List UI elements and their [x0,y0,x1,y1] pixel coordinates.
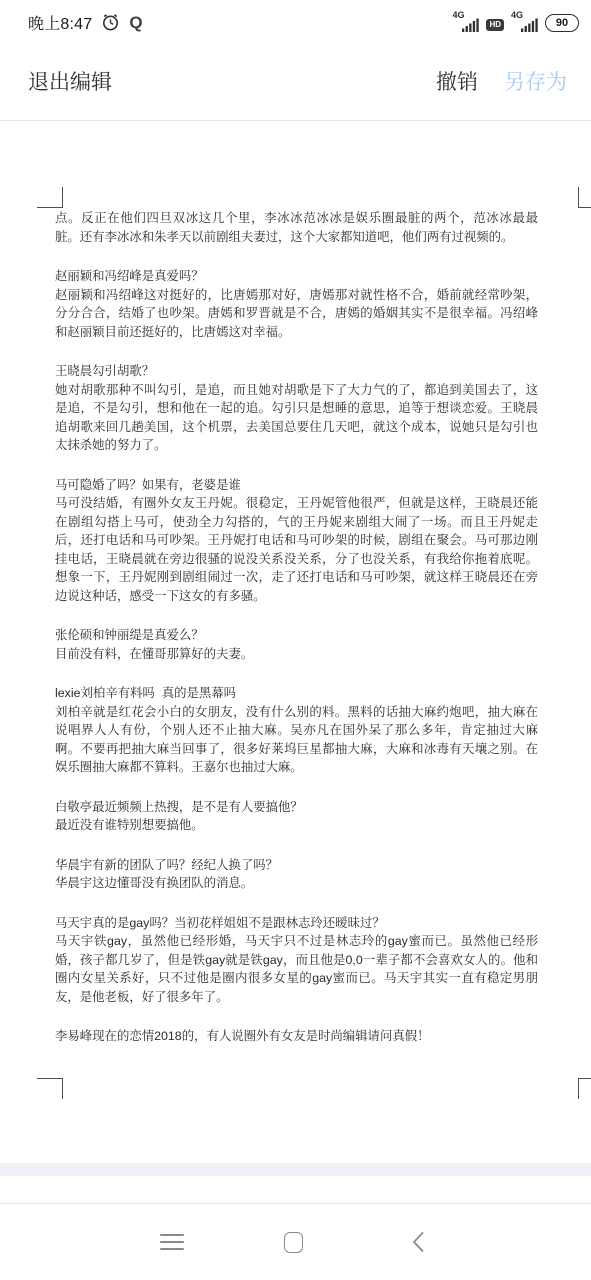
page-gap-strip [0,1163,591,1176]
sim1-signal-icon: 4G [452,11,479,33]
q-app-icon: Q [129,14,142,31]
text-boundary-mark-top-right [578,187,591,208]
text-boundary-mark-top-left [37,187,63,208]
menu-button[interactable] [142,1204,202,1280]
undo-button[interactable]: 撤销 [436,72,478,93]
menu-icon [160,1234,184,1249]
home-icon [284,1232,303,1253]
edit-toolbar: 退出编辑 撤销 另存为 [0,44,591,121]
paragraph-answer[interactable]: 刘柏辛就是红花会小白的女朋友，没有什么别的料。黑料的话抽大麻约炮吧，抽大麻在说唱… [55,703,538,777]
paragraph-answer[interactable]: 她对胡歌那种不叫勾引，是追，而且她对胡歌是下了大力气的了，都追到美国去了，这是追… [55,381,538,455]
document-paragraph[interactable]: 马天宇真的是gay吗？当初花样姐姐不是跟林志玲还暧昧过？马天宇铁gay，虽然他已… [55,914,538,1007]
paragraph-question[interactable]: 马天宇真的是gay吗？当初花样姐姐不是跟林志玲还暧昧过？ [55,914,538,933]
exit-edit-button[interactable]: 退出编辑 [28,72,112,93]
battery-percent: 90 [556,17,568,29]
battery-icon: 90 [545,14,579,32]
paragraph-question[interactable]: 马可隐婚了吗？如果有，老婆是谁 [55,476,538,495]
text-boundary-mark-bottom-right [578,1078,591,1099]
paragraph-question[interactable]: 华晨宇有新的团队了吗？经纪人换了吗？ [55,856,538,875]
document-paragraph[interactable]: lexie刘柏辛有料吗 真的是黑幕吗刘柏辛就是红花会小白的女朋友，没有什么别的料… [55,684,538,777]
document-paragraph[interactable]: 白敬亭最近频频上热搜，是不是有人要搞他？最近没有谁特别想要搞他。 [55,798,538,835]
back-icon [411,1231,425,1253]
document-paragraph[interactable]: 马可隐婚了吗？如果有，老婆是谁马可没结婚，有圈外女友王丹妮。很稳定，王丹妮管他很… [55,476,538,606]
document-paragraph[interactable]: 华晨宇有新的团队了吗？经纪人换了吗？华晨宇这边懂哥没有换团队的消息。 [55,856,538,893]
document-paragraph[interactable]: 赵丽颖和冯绍峰是真爱吗？赵丽颖和冯绍峰这对挺好的，比唐嫣那对好，唐嫣那对就性格不… [55,267,538,341]
below-page-area [0,1176,591,1203]
text-boundary-mark-bottom-left [37,1078,63,1099]
paragraph-question[interactable]: 白敬亭最近频频上热搜，是不是有人要搞他？ [55,798,538,817]
document-page[interactable]: 点。反正在他们四旦双冰这几个里，李冰冰范冰冰是娱乐圈最脏的两个，范冰冰最最脏。还… [0,121,591,1163]
paragraph-answer[interactable]: 赵丽颖和冯绍峰这对挺好的，比唐嫣那对好，唐嫣那对就性格不合，婚前就经常吵架，分分… [55,286,538,342]
paragraph-answer[interactable]: 点。反正在他们四旦双冰这几个里，李冰冰范冰冰是娱乐圈最脏的两个，范冰冰最最脏。还… [55,209,538,246]
paragraph-answer[interactable]: 马天宇铁gay，虽然他已经形婚，马天宇只不过是林志玲的gay蜜而已。虽然他已经形… [55,932,538,1006]
paragraph-question[interactable]: 王晓晨勾引胡歌？ [55,362,538,381]
screen: 晚上8:47 Q 4G [0,0,591,1280]
paragraph-answer[interactable]: 目前没有料，在懂哥那算好的夫妻。 [55,645,538,664]
paragraph-answer[interactable]: 马可没结婚，有圈外女友王丹妮。很稳定，王丹妮管他很严，但就是这样，王晓晨还能在剧… [55,494,538,605]
back-button[interactable] [388,1204,448,1280]
alarm-clock-icon [101,13,120,32]
sim2-signal-icon: 4G [511,11,538,33]
status-bar: 晚上8:47 Q 4G [0,0,591,44]
document-paragraph[interactable]: 张伦硕和钟丽缇是真爱么？目前没有料，在懂哥那算好的夫妻。 [55,626,538,663]
paragraph-question[interactable]: 赵丽颖和冯绍峰是真爱吗？ [55,267,538,286]
paragraph-question[interactable]: 张伦硕和钟丽缇是真爱么？ [55,626,538,645]
paragraph-answer[interactable]: 最近没有谁特别想要搞他。 [55,816,538,835]
document-paragraph[interactable]: 王晓晨勾引胡歌？她对胡歌那种不叫勾引，是追，而且她对胡歌是下了大力气的了，都追到… [55,362,538,455]
document-paragraph[interactable]: 点。反正在他们四旦双冰这几个里，李冰冰范冰冰是娱乐圈最脏的两个，范冰冰最最脏。还… [55,209,538,246]
home-button[interactable] [263,1204,323,1280]
paragraph-question[interactable]: lexie刘柏辛有料吗 真的是黑幕吗 [55,684,538,703]
status-time: 晚上8:47 [28,11,92,34]
system-nav-bar [0,1203,591,1280]
document-text[interactable]: 点。反正在他们四旦双冰这几个里，李冰冰范冰冰是娱乐圈最脏的两个，范冰冰最最脏。还… [55,209,538,1046]
paragraph-answer[interactable]: 华晨宇这边懂哥没有换团队的消息。 [55,874,538,893]
document-paragraph[interactable]: 李易峰现在的恋情2018的，有人说圈外有女友是时尚编辑请问真假！ [55,1027,538,1046]
paragraph-answer[interactable]: 李易峰现在的恋情2018的，有人说圈外有女友是时尚编辑请问真假！ [55,1027,538,1046]
save-as-button[interactable]: 另存为 [504,72,567,93]
hd-volte-icon: HD [486,19,504,31]
